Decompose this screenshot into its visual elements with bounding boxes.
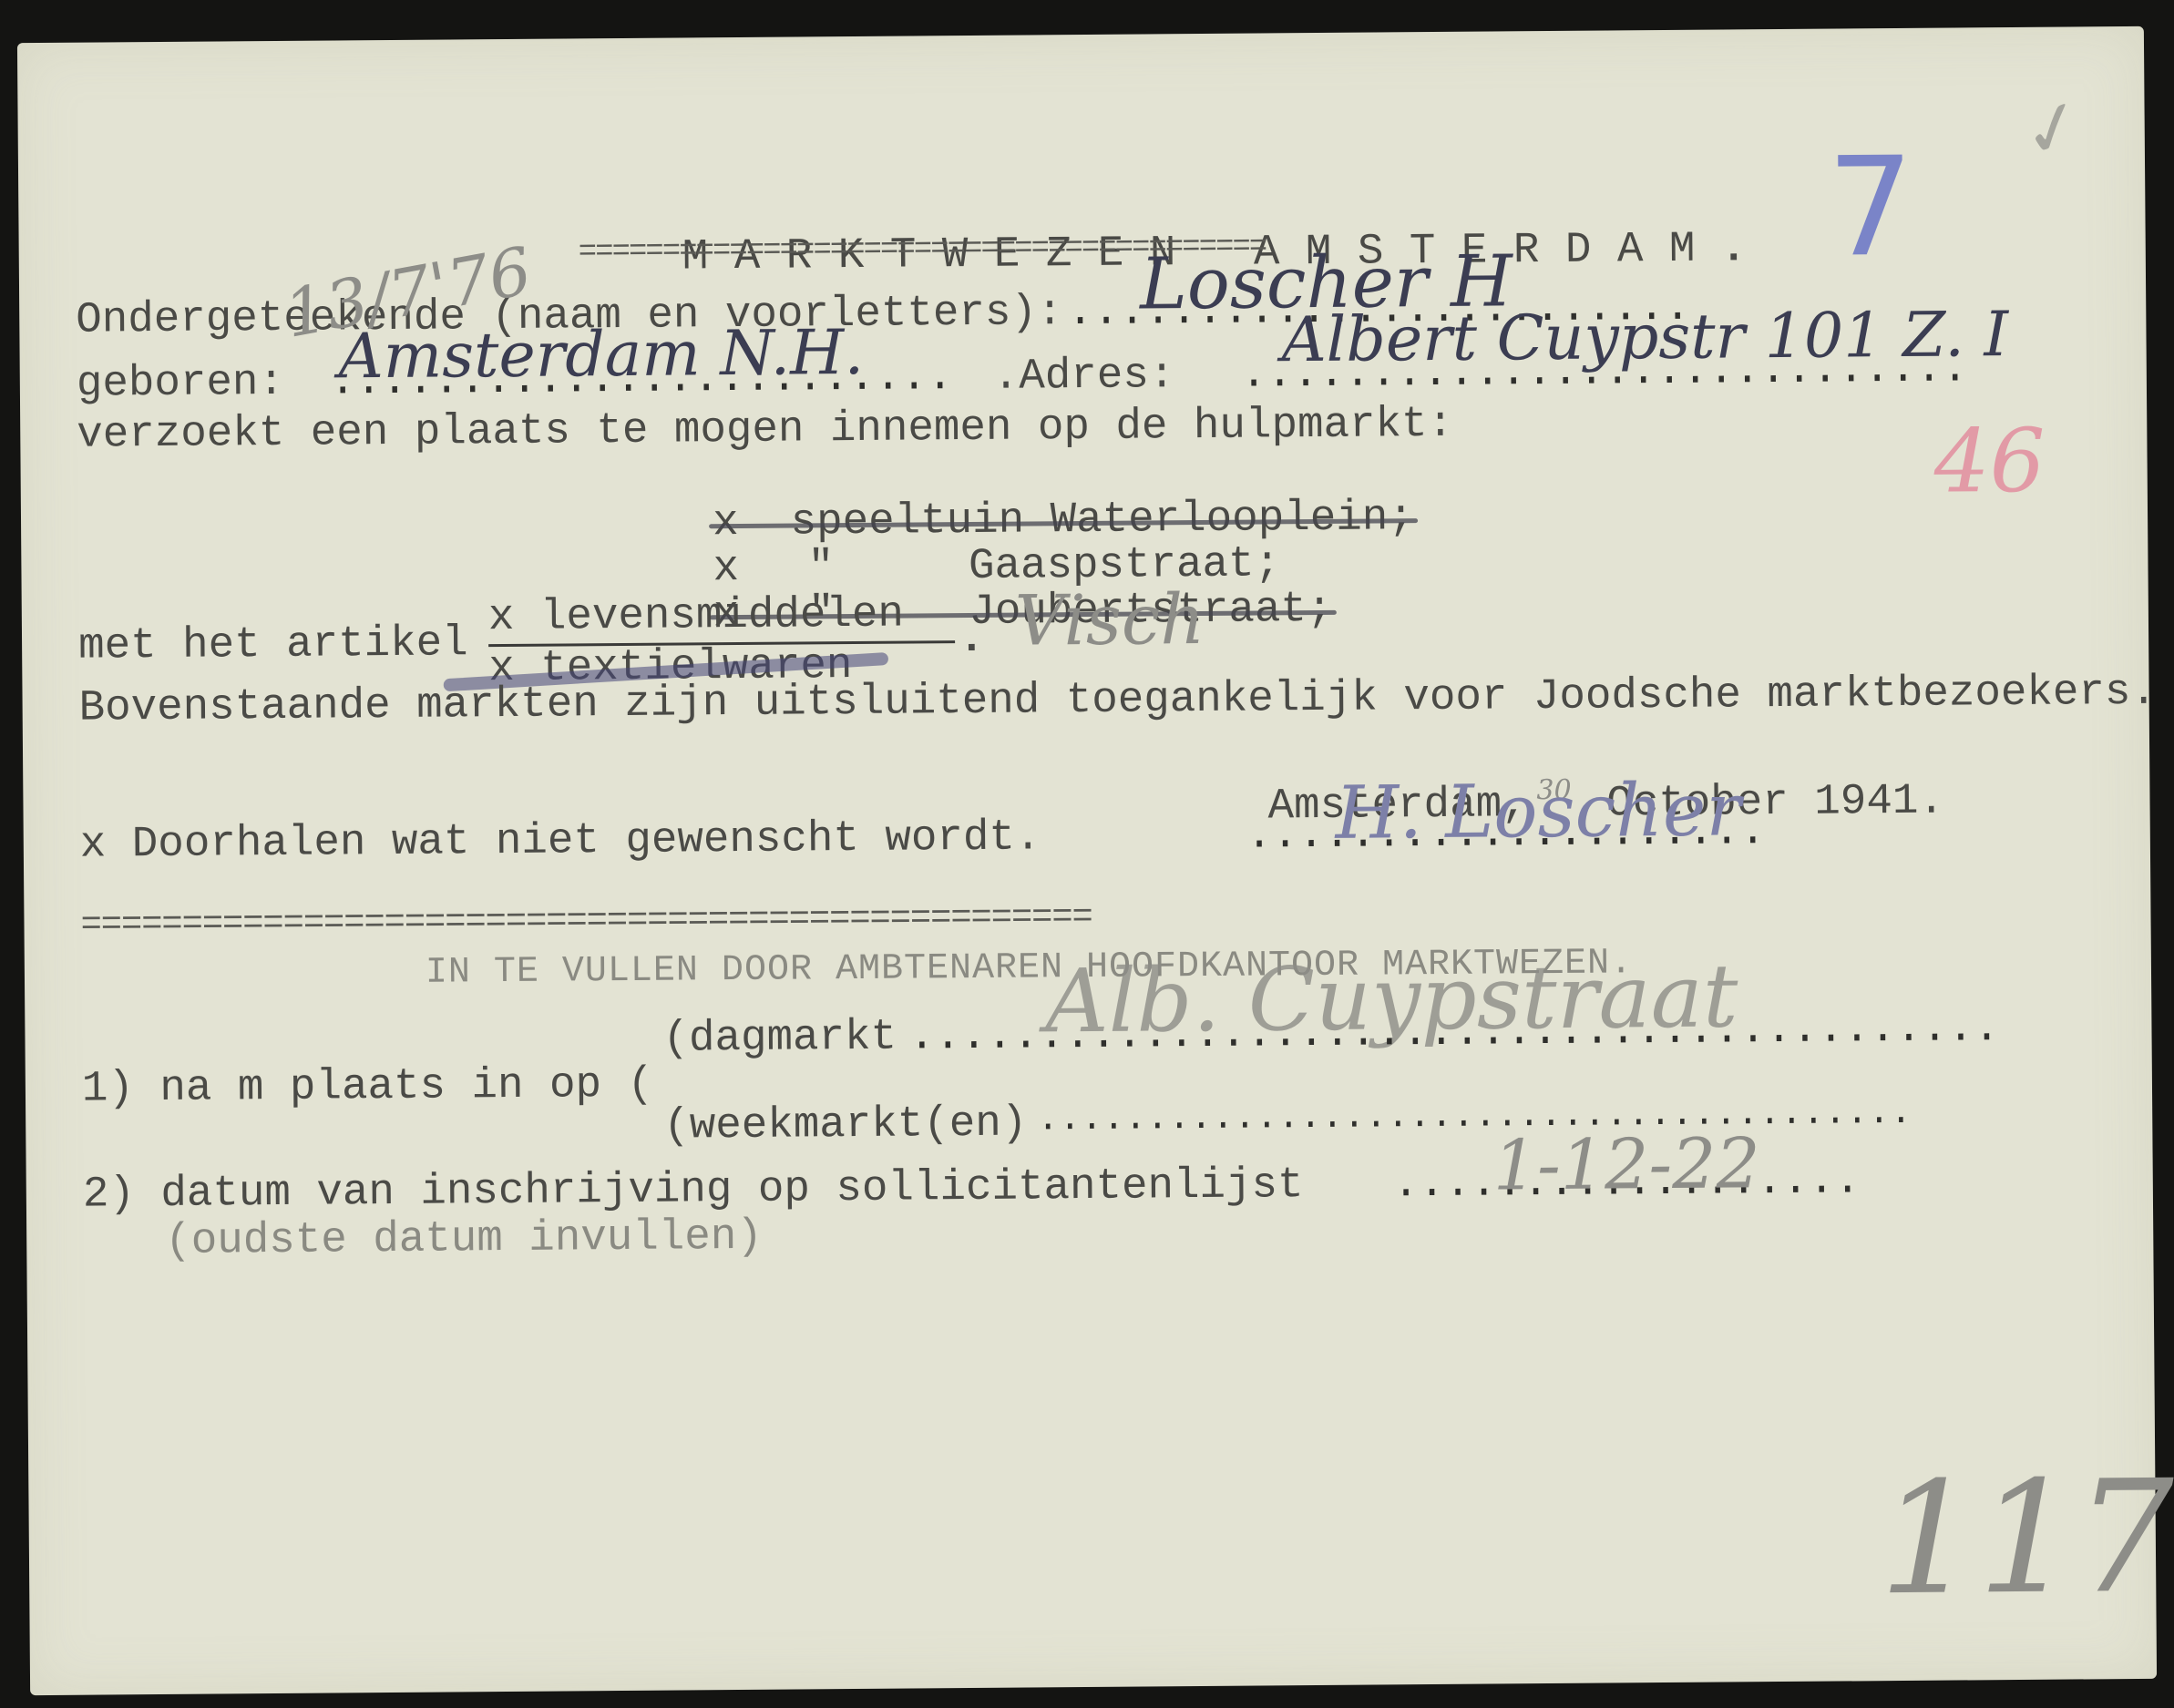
section-separator: ========================================…: [80, 900, 1092, 944]
pencil-check-mark-icon: ✓: [2013, 79, 2094, 177]
red-number-annotation: 46: [1933, 410, 2046, 513]
article-period: .: [959, 619, 985, 662]
signature[interactable]: H. Loscher: [1335, 767, 1741, 854]
dagmarkt-dots: ........................................…: [908, 1007, 2000, 1059]
pencil-card-number: 117: [1878, 1447, 2174, 1631]
born-label: geboren:: [77, 362, 284, 406]
blue-number-annotation: 7: [1827, 128, 1915, 288]
weekmarkt-dots: ........................................: [1037, 1096, 1912, 1140]
item2-note: (oudste datum invullen): [165, 1216, 763, 1264]
dagmarkt-label: (dagmarkt: [662, 1017, 897, 1062]
item2-label: 2) datum van inschrijving op sollicitant…: [83, 1164, 1304, 1217]
address-label: .Adres:: [993, 354, 1175, 399]
notice-text: Bovenstaande markten zijn uitsluitend to…: [78, 671, 2157, 731]
article-handwritten: Visch: [1015, 578, 1205, 661]
article-option-food[interactable]: x levensmiddelen: [488, 594, 904, 640]
article-label: met het artikel: [78, 622, 468, 669]
strike-instruction: x Doorhalen wat niet gewenscht wordt.: [80, 816, 1041, 867]
weekmarkt-label: (weekmarkt(en): [663, 1103, 1027, 1150]
request-line: verzoekt een plaats te mogen innemen op …: [77, 404, 1453, 457]
item2-value[interactable]: 1-12-22: [1492, 1122, 1760, 1205]
application-card: M A R K T W E Z E N A M S T E R D A M. =…: [17, 26, 2157, 1695]
item1-label: 1) na m plaats in op (: [82, 1064, 653, 1111]
address-value[interactable]: Albert Cuypstr 101 Z. I: [1281, 299, 2008, 376]
